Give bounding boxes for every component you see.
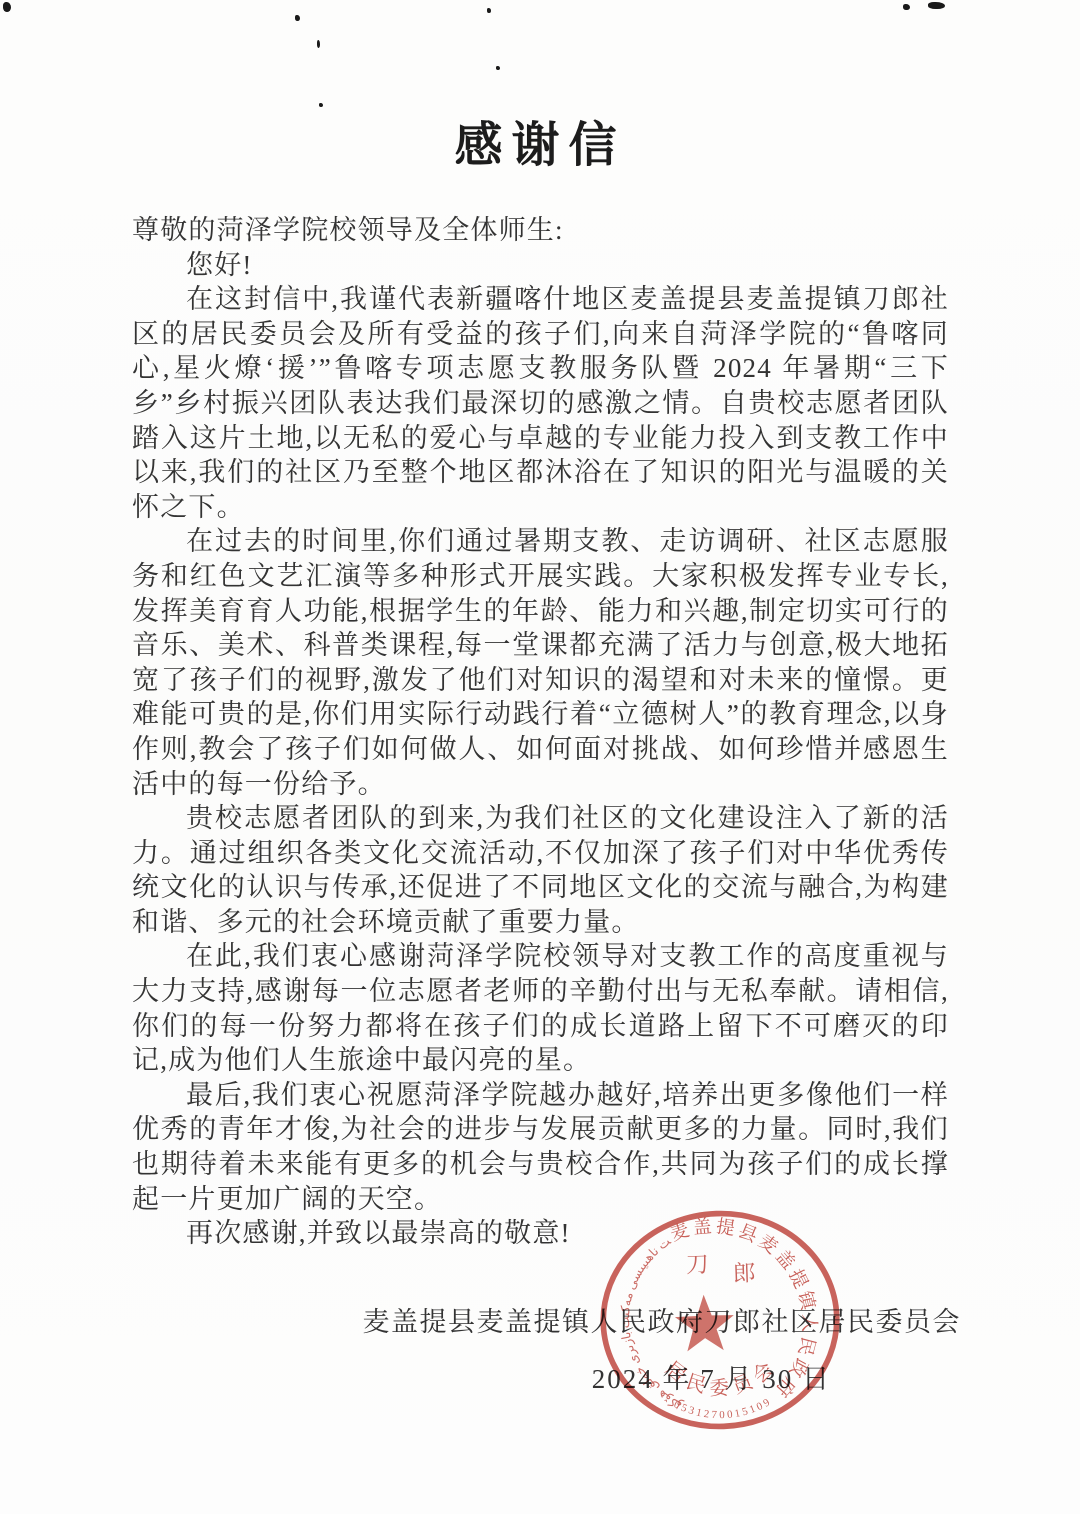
paragraph-3: 贵校志愿者团队的到来,为我们社区的文化建设注入了新的活力。通过组织各类文化交流活… <box>132 801 949 939</box>
scan-speck <box>496 66 500 70</box>
paragraph-4: 在此,我们衷心感谢菏泽学院校领导对支教工作的高度重视与大力支持,感谢每一位志愿者… <box>132 939 949 1077</box>
official-seal-stamp: 麦盖提县麦盖提镇人民政府 مەكىت ناھىيىسى مەكىت بازىرى… <box>592 1202 848 1439</box>
scan-speck <box>487 8 491 13</box>
salutation: 尊敬的菏泽学院校领导及全体师生: <box>132 213 949 248</box>
scan-speck <box>317 40 320 48</box>
scan-speck <box>3 2 11 12</box>
scan-speck <box>295 15 300 21</box>
letter-title: 感谢信 <box>0 106 1080 175</box>
scan-speck <box>903 4 910 10</box>
paragraph-5: 最后,我们衷心祝愿菏泽学院越办越好,培养出更多像他们一样优秀的青年才俊,为社会的… <box>132 1078 949 1216</box>
letter-page: 感谢信 尊敬的菏泽学院校领导及全体师生: 您好! 在这封信中,我谨代表新疆喀什地… <box>0 0 1080 1514</box>
seal-center-char-right: 郎 <box>732 1261 756 1287</box>
seal-center-char-left: 刀 <box>686 1252 710 1278</box>
greeting: 您好! <box>132 248 949 283</box>
paragraph-2: 在过去的时间里,你们通过暑期支教、走访调研、社区志愿服务和红色文艺汇演等多种形式… <box>132 524 949 801</box>
star-icon <box>674 1294 735 1352</box>
paragraph-1: 在这封信中,我谨代表新疆喀什地区麦盖提县麦盖提镇刀郎社区的居民委员会及所有受益的… <box>132 282 949 524</box>
seal-graphic: 麦盖提县麦盖提镇人民政府 مەكىت ناھىيىسى مەكىت بازىرى… <box>592 1202 848 1439</box>
seal-bottom-arc-text: 居民委员会 <box>660 1354 783 1402</box>
scan-speck <box>319 103 323 107</box>
scan-speck <box>928 2 945 9</box>
